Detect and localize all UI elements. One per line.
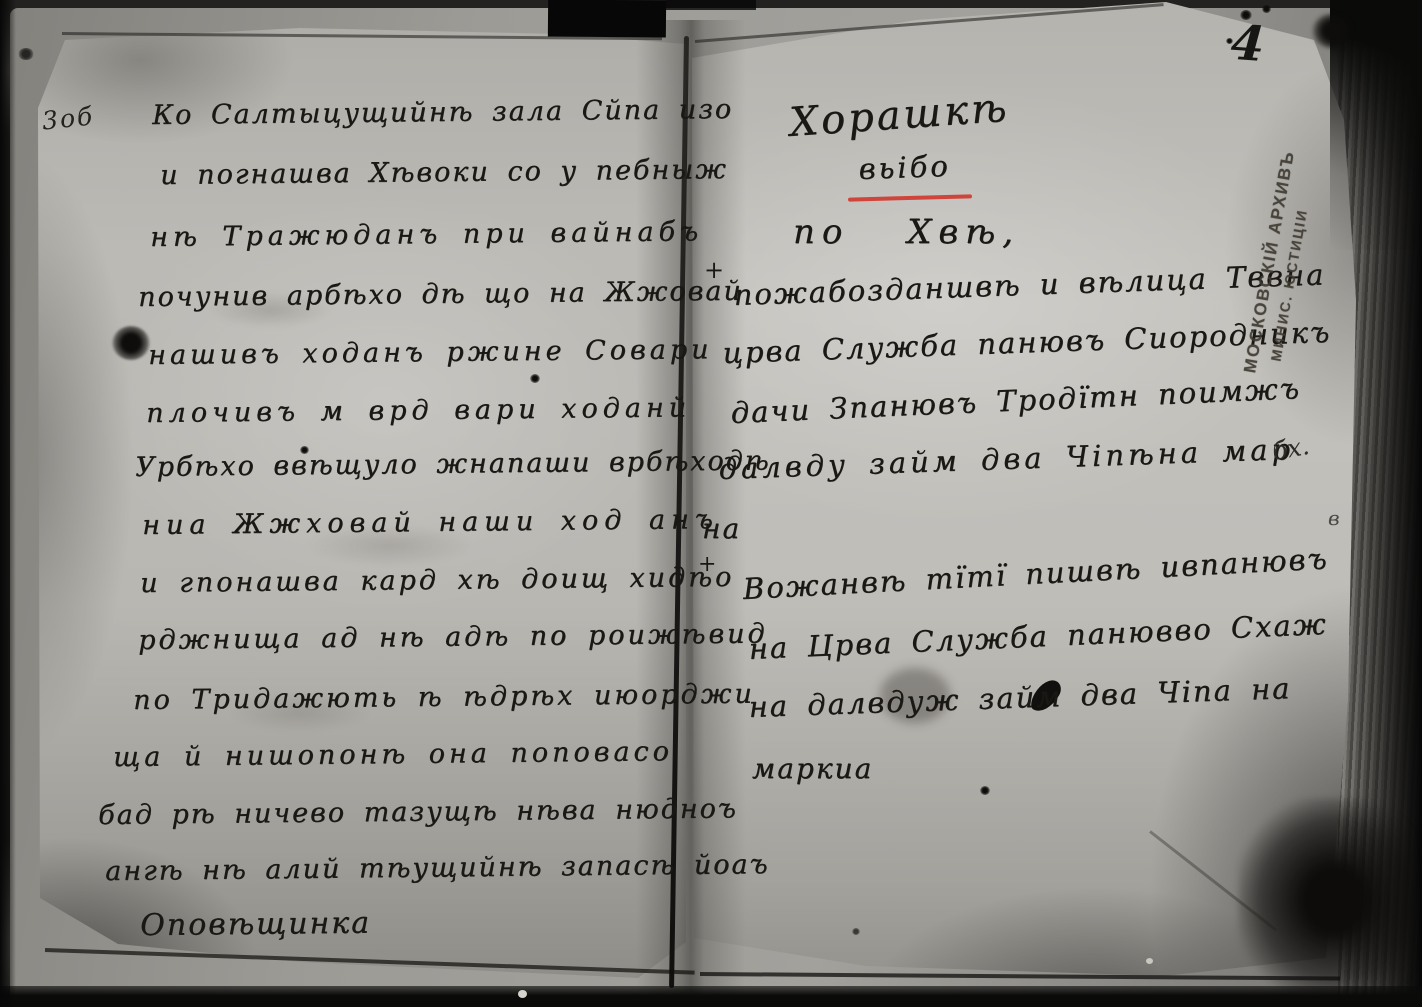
ink-speck <box>1262 5 1271 13</box>
paper-fleck <box>518 990 527 998</box>
page-number: 4 <box>1229 15 1266 73</box>
photo-bottom-edge <box>0 986 1422 1007</box>
manuscript-line: нашивъ ходанъ ржине Совари <box>148 334 713 371</box>
binding-tab-small <box>666 0 756 10</box>
ink-speck <box>980 786 990 795</box>
manuscript-line: ниа Жжховай наши ход анъ <box>142 504 719 541</box>
stain-bottom-right <box>1238 798 1414 1002</box>
manuscript-line: маркиа <box>752 752 873 785</box>
manuscript-photo: 3об 4 Ко Салтыцущийнѣ зала Сйпа изо и по… <box>0 0 1422 1007</box>
ink-speck <box>530 374 540 383</box>
binding-tab <box>548 0 666 38</box>
manuscript-line: и погнашва Хѣвоки со у пебныж <box>160 154 728 191</box>
manuscript-line: Оповѣщинка <box>140 906 371 943</box>
underlined-word: вьібо <box>858 149 951 186</box>
manuscript-line: нѣ Тражюданъ при вайнабъ <box>150 216 703 253</box>
folio-mark: 3об <box>41 101 96 135</box>
paragraph-cross-mark: + <box>698 552 716 577</box>
ink-speck <box>852 928 860 935</box>
paragraph-cross-mark: + <box>704 256 724 284</box>
marginal-note: в <box>1328 506 1340 530</box>
manuscript-line: почунив арбѣхо дѣ що на Жжовай <box>138 276 743 313</box>
ink-speck <box>18 48 34 60</box>
photo-left-edge <box>0 0 16 1007</box>
right-page-subheading: по Хвѣ, <box>793 212 1020 252</box>
manuscript-line: рджнища ад нѣ адѣ по роижѣвид <box>138 618 768 656</box>
paper-fleck <box>1146 958 1153 964</box>
manuscript-line: Ко Салтыцущийнѣ зала Сйпа изо <box>152 94 733 131</box>
manuscript-line: по Тридажють ѣ ѣдрѣх июорджи <box>133 678 755 716</box>
ink-blot <box>112 326 150 360</box>
manuscript-line: ща й нишопонѣ она поповасо <box>113 736 673 773</box>
ink-blot <box>1312 14 1352 48</box>
manuscript-line: плочивъ м врд вари ходанй <box>146 392 691 429</box>
manuscript-line: и гпонашва кард хѣ доищ хидѣо <box>140 562 734 599</box>
manuscript-line: на <box>702 512 741 545</box>
